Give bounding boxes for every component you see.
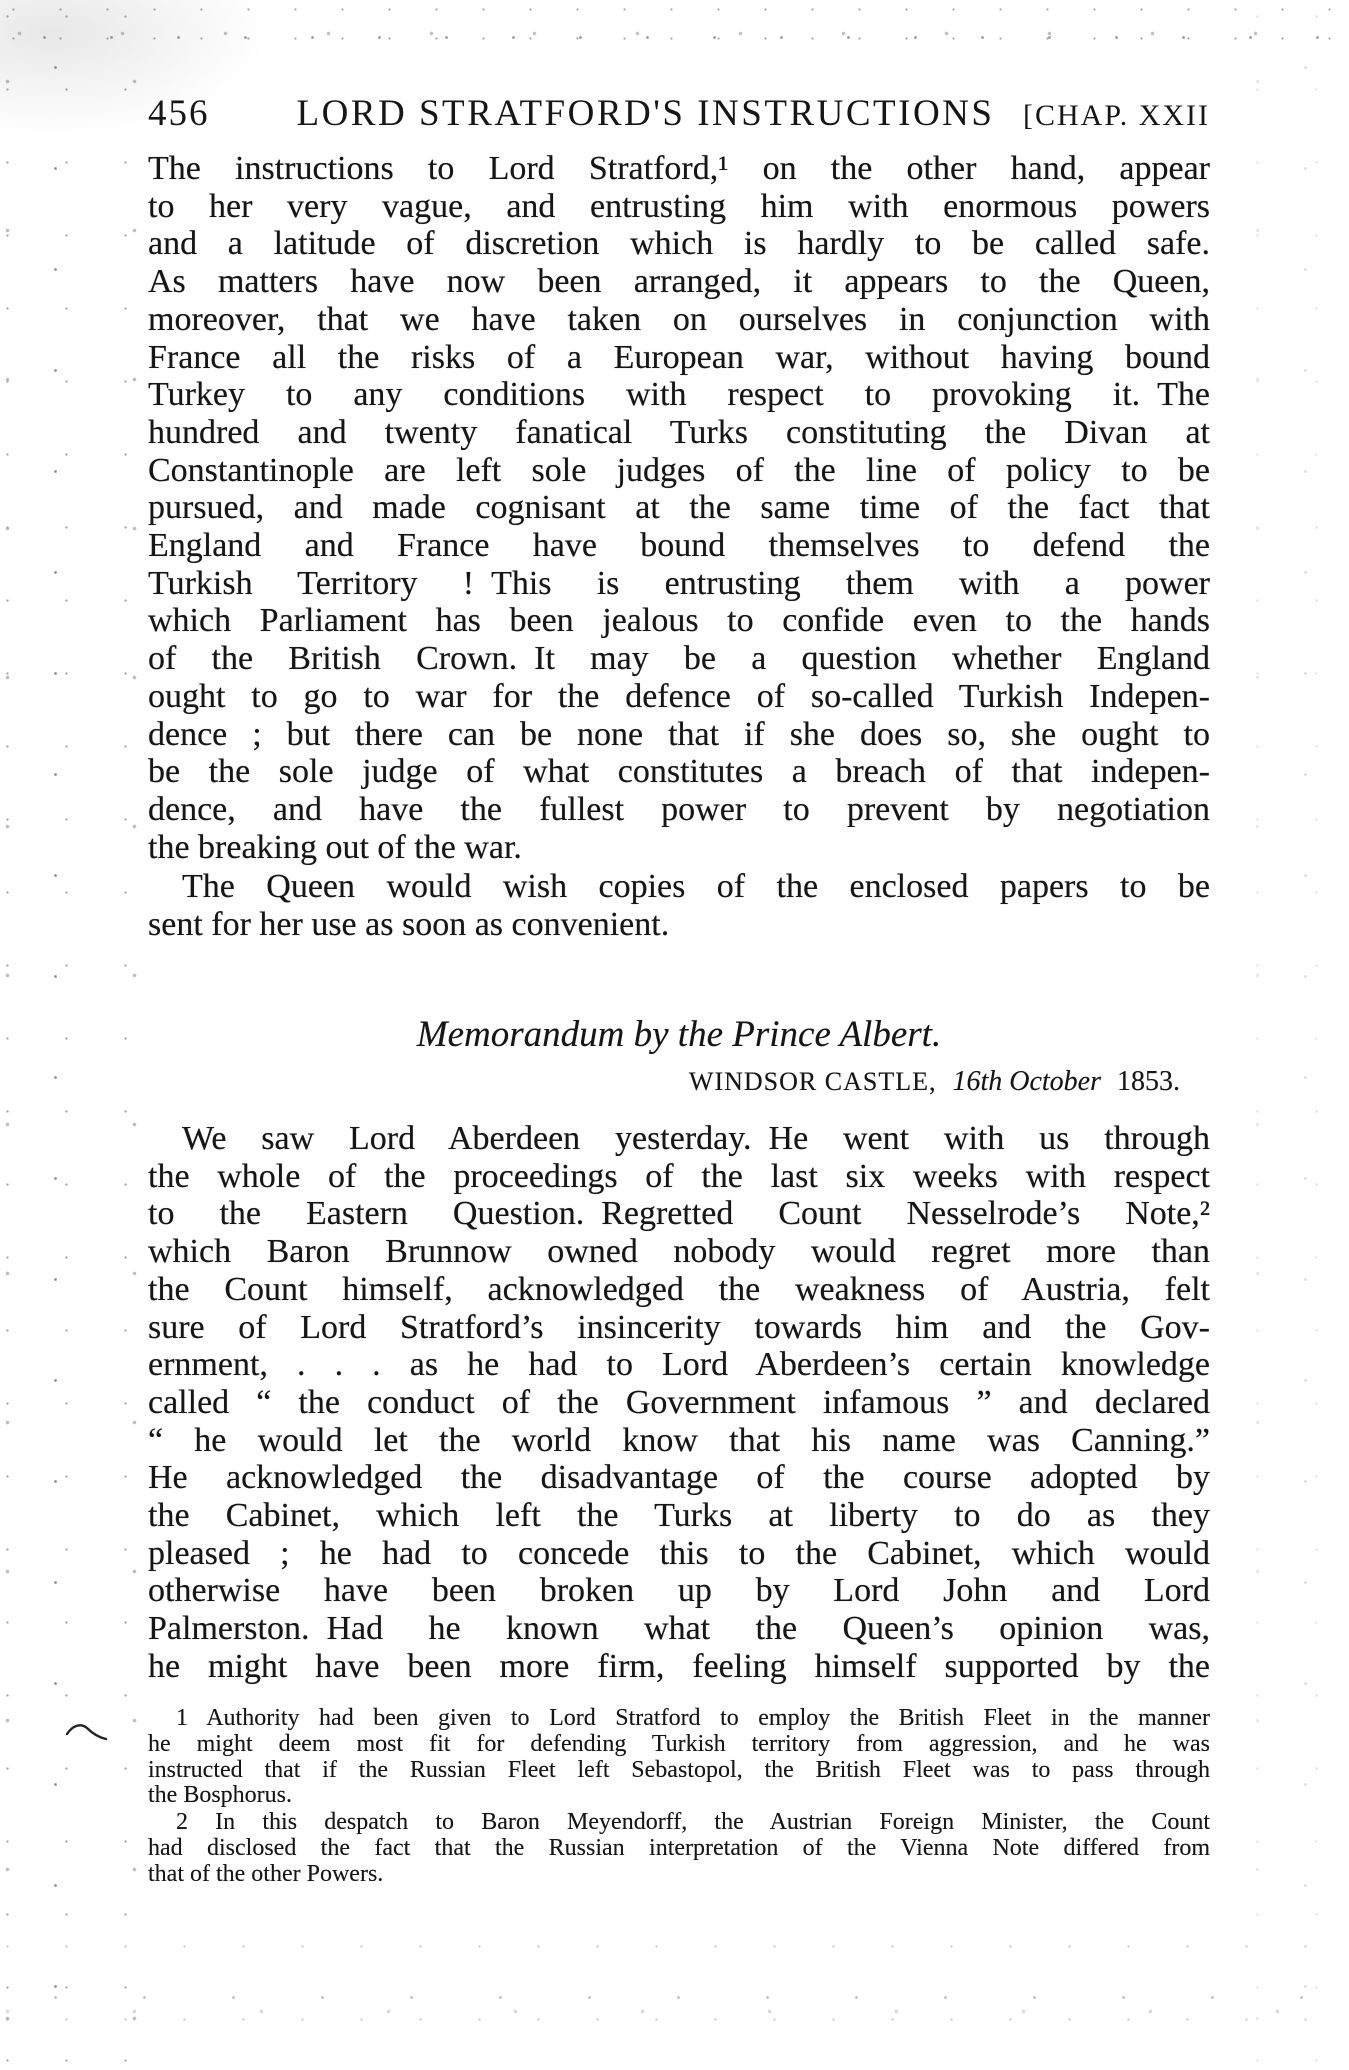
text-line: called “ the conduct of the Government i… [148,1384,1210,1422]
text-line: We saw Lord Aberdeen yesterday. He went … [148,1120,1210,1158]
text-line: the breaking out of the war. [148,829,1210,867]
footnote-2: 2 In this despatch to Baron Meyendorff, … [148,1810,1210,1887]
text-line: As matters have now been arranged, it ap… [148,263,1210,301]
running-title: LORD STRATFORD'S INSTRUCTIONS [268,94,1023,134]
text-line: ought to go to war for the defence of so… [148,678,1210,716]
running-head: 456 LORD STRATFORD'S INSTRUCTIONS [CHAP.… [148,94,1210,136]
chapter-label: [CHAP. XXII [1023,96,1210,136]
text-line: Palmerston. Had he known what the Queen’… [148,1610,1210,1648]
text-line: the Cabinet, which left the Turks at lib… [148,1497,1210,1535]
paragraph-memorandum-body: We saw Lord Aberdeen yesterday. He went … [148,1120,1210,1686]
text-line: He acknowledged the disadvantage of the … [148,1459,1210,1497]
text-line: that of the other Powers. [148,1862,1210,1888]
dateline-date: 16th October [952,1066,1101,1097]
text-line: Constantinople are left sole judges of t… [148,452,1210,490]
text-line: France all the risks of a European war, … [148,339,1210,377]
footnote-1: 1 Authority had been given to Lord Strat… [148,1706,1210,1809]
text-line: England and France have bound themselves… [148,527,1210,565]
text-line: instructed that if the Russian Fleet lef… [148,1758,1210,1784]
text-line: The instructions to Lord Stratford,¹ on … [148,150,1210,188]
text-line: be the sole judge of what constitutes a … [148,753,1210,791]
text-line: 2 In this despatch to Baron Meyendorff, … [148,1810,1210,1836]
text-line: to the Eastern Question. Regretted Count… [148,1195,1210,1233]
text-line: The Queen would wish copies of the enclo… [148,868,1210,906]
text-line: of the British Crown. It may be a questi… [148,640,1210,678]
dateline-year: 1853. [1117,1066,1180,1097]
text-line: he might have been more firm, feeling hi… [148,1648,1210,1686]
scan-noise-bottom-margin [0,1930,1349,2070]
scan-noise-top-margin [0,0,1349,58]
text-line: moreover, that we have taken on ourselve… [148,301,1210,339]
memorandum-heading: Memorandum by the Prince Albert. [148,1014,1210,1056]
handwritten-margin-mark [64,1720,112,1746]
dateline-place: WINDSOR CASTLE, [689,1067,937,1096]
book-page-scan: 456 LORD STRATFORD'S INSTRUCTIONS [CHAP.… [0,0,1349,2070]
text-line: 1 Authority had been given to Lord Strat… [148,1706,1210,1732]
text-line: sure of Lord Stratford’s insincerity tow… [148,1309,1210,1347]
text-line: otherwise have been broken up by Lord Jo… [148,1572,1210,1610]
text-line: to her very vague, and entrusting him wi… [148,188,1210,226]
text-line: had disclosed the fact that the Russian … [148,1836,1210,1862]
text-line: the Count himself, acknowledged the weak… [148,1271,1210,1309]
text-line: dence ; but there can be none that if sh… [148,716,1210,754]
memorandum-dateline: WINDSOR CASTLE, 16th October 1853. [148,1066,1180,1098]
text-line: which Parliament has been jealous to con… [148,602,1210,640]
scan-noise-left-margin [0,0,142,2070]
text-line: pursued, and made cognisant at the same … [148,489,1210,527]
text-line: and a latitude of discretion which is ha… [148,225,1210,263]
text-line: dence, and have the fullest power to pre… [148,791,1210,829]
paragraph-instructions: The instructions to Lord Stratford,¹ on … [148,150,1210,866]
text-line: ernment, . . . as he had to Lord Aberdee… [148,1346,1210,1384]
text-line: Turkey to any conditions with respect to… [148,376,1210,414]
text-line: the Bosphorus. [148,1783,1210,1809]
text-line: Turkish Territory ! This is entrusting t… [148,565,1210,603]
page-number: 456 [148,94,268,134]
paragraph-queen-wish: The Queen would wish copies of the enclo… [148,868,1210,943]
text-line: “ he would let the world know that his n… [148,1422,1210,1460]
text-line: the whole of the proceedings of the last… [148,1158,1210,1196]
text-line: which Baron Brunnow owned nobody would r… [148,1233,1210,1271]
text-line: pleased ; he had to concede this to the … [148,1535,1210,1573]
text-line: hundred and twenty fanatical Turks const… [148,414,1210,452]
scan-noise-right-margin [1250,0,1349,2070]
text-line: sent for her use as soon as convenient. [148,906,1210,944]
text-line: he might deem most fit for defending Tur… [148,1732,1210,1758]
